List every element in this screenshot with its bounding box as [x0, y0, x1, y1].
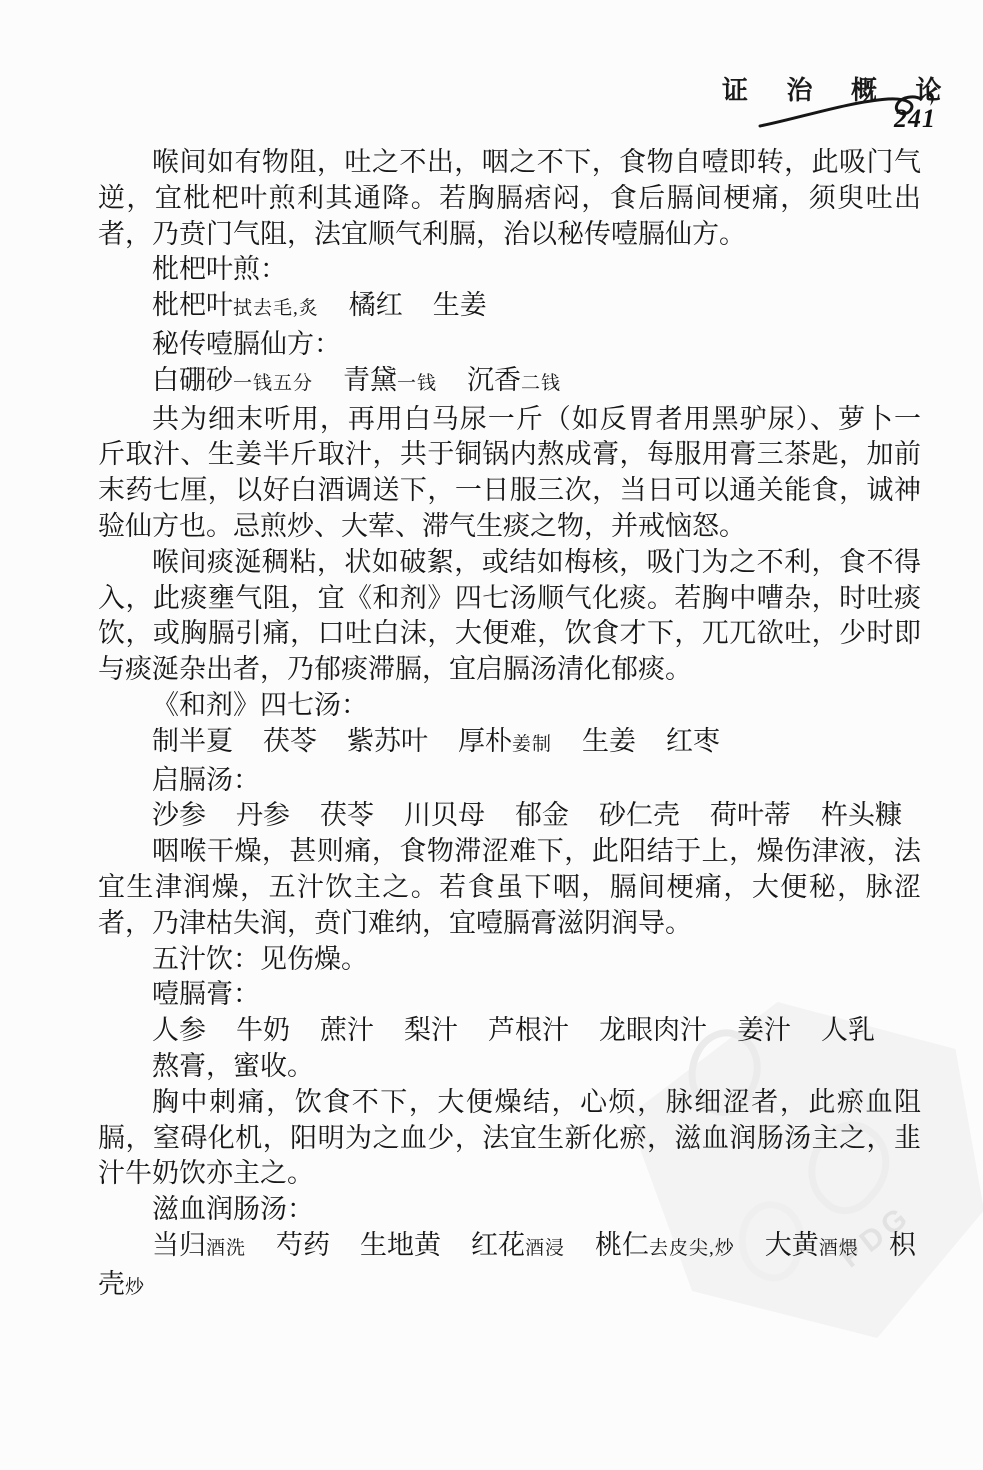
ingredient-name: 厚朴 [458, 726, 512, 756]
ingredient-item: 红花酒浸 [471, 1230, 565, 1260]
ingredient-item: 生姜 [582, 726, 636, 756]
ingredient-item: 白硼砂一钱五分 [152, 365, 313, 395]
ingredient-name: 砂仁壳 [599, 800, 680, 830]
ingredient-name: 制半夏 [152, 726, 233, 756]
ingredient-name: 川贝母 [404, 800, 485, 830]
ingredient-item: 姜汁 [737, 1015, 791, 1045]
line-paste-honey-instruction: 熬膏，蜜收。 [98, 1049, 921, 1085]
ingredient-item: 郁金 [515, 800, 569, 830]
recipe-title-siqi-decoction: 《和剂》四七汤： [98, 688, 921, 724]
ingredient-name: 生地黄 [360, 1230, 441, 1260]
ingredient-name: 生姜 [582, 726, 636, 756]
ingredient-item: 制半夏 [152, 726, 233, 756]
recipe-title-qige-decoction: 启膈汤： [98, 763, 921, 799]
ingredient-line-siqi: 制半夏茯苓紫苏叶厚朴姜制生姜红枣 [98, 724, 921, 763]
ingredient-name: 人乳 [821, 1015, 875, 1045]
ingredient-name: 梨汁 [404, 1015, 458, 1045]
paragraph-throat-qi-reversal: 喉间如有物阻，吐之不出，咽之不下，食物自噎即转，此吸门气逆，宜枇杷叶煎利其通降。… [98, 145, 921, 252]
ingredient-item: 龙眼肉汁 [599, 1015, 707, 1045]
recipe-title-loquat-leaf-decoction: 枇杷叶煎： [98, 252, 921, 288]
page-number: 241 [894, 104, 936, 134]
ingredient-processing-note: 二钱 [521, 373, 561, 394]
paragraph-preparation-method: 共为细末听用，再用白马尿一斤（如反胃者用黑驴尿）、萝卜一斤取汁、生姜半斤取汁，共… [98, 402, 921, 545]
ingredient-processing-note: 炒 [125, 1277, 145, 1298]
ingredient-name: 荷叶蒂 [710, 800, 791, 830]
ingredient-item: 芦根汁 [488, 1015, 569, 1045]
ingredient-item: 青黛一钱 [343, 365, 437, 395]
ingredient-processing-note: 拭去毛,炙 [233, 298, 319, 319]
ingredient-item: 川贝母 [404, 800, 485, 830]
ingredient-item: 沉香二钱 [467, 365, 561, 395]
ingredient-item: 紫苏叶 [347, 726, 428, 756]
recipe-title-yege-paste: 噎膈膏： [98, 977, 921, 1013]
ingredient-item: 大黄酒煨 [765, 1230, 859, 1260]
ingredient-name: 郁金 [515, 800, 569, 830]
ingredient-processing-note: 酒煨 [819, 1238, 859, 1259]
ingredient-line-secret-yege: 白硼砂一钱五分青黛一钱沉香二钱 [98, 363, 921, 402]
ingredient-item: 厚朴姜制 [458, 726, 552, 756]
ingredient-item: 茯苓 [263, 726, 317, 756]
ingredient-name: 芦根汁 [488, 1015, 569, 1045]
ingredient-item: 生地黄 [360, 1230, 441, 1260]
ingredient-name: 生姜 [433, 290, 487, 320]
ingredient-name: 姜汁 [737, 1015, 791, 1045]
ingredient-processing-note: 酒洗 [206, 1238, 246, 1259]
text-column: 喉间如有物阻，吐之不出，咽之不下，食物自噎即转，此吸门气逆，宜枇杷叶煎利其通降。… [98, 145, 921, 1306]
ingredient-name: 红花 [471, 1230, 525, 1260]
ingredient-name: 牛奶 [236, 1015, 290, 1045]
ingredient-item: 枇杷叶拭去毛,炙 [152, 290, 319, 320]
ingredient-name: 红枣 [666, 726, 720, 756]
ingredient-name: 沙参 [152, 800, 206, 830]
ingredient-name: 沉香 [467, 365, 521, 395]
ingredient-processing-note: 去皮尖,炒 [649, 1238, 735, 1259]
ingredient-item: 红枣 [666, 726, 720, 756]
ingredient-item: 茯苓 [320, 800, 374, 830]
ingredient-name: 人参 [152, 1015, 206, 1045]
ingredient-name: 当归 [152, 1230, 206, 1260]
ingredient-name: 茯苓 [320, 800, 374, 830]
ingredient-processing-note: 酒浸 [525, 1238, 565, 1259]
ingredient-processing-note: 一钱 [397, 373, 437, 394]
ingredient-item: 生姜 [433, 290, 487, 320]
ingredient-name: 紫苏叶 [347, 726, 428, 756]
ingredient-name: 杵头糠 [821, 800, 902, 830]
ingredient-name: 茯苓 [263, 726, 317, 756]
ingredient-item: 荷叶蒂 [710, 800, 791, 830]
ingredient-line-zixue-runchang: 当归酒洗芍药生地黄红花酒浸桃仁去皮尖,炒大黄酒煨枳壳炒 [98, 1228, 921, 1306]
paragraph-phlegm-obstruction: 喉间痰涎稠粘，状如破絮，或结如梅核，吸门为之不利，食不得入，此痰壅气阻，宜《和剂… [98, 545, 921, 688]
recipe-title-zixue-runchang-decoction: 滋血润肠汤： [98, 1192, 921, 1228]
ingredient-item: 人乳 [821, 1015, 875, 1045]
ingredient-name: 大黄 [765, 1230, 819, 1260]
ingredient-item: 人参 [152, 1015, 206, 1045]
ingredient-name: 青黛 [343, 365, 397, 395]
ingredient-item: 梨汁 [404, 1015, 458, 1045]
ingredient-processing-note: 一钱五分 [233, 373, 313, 394]
ingredient-line-qige: 沙参丹参茯苓川贝母郁金砂仁壳荷叶蒂杵头糠 [98, 798, 921, 834]
ingredient-item: 杵头糠 [821, 800, 902, 830]
line-five-juice-drink-reference: 五汁饮：见伤燥。 [98, 942, 921, 978]
ingredient-name: 枇杷叶 [152, 290, 233, 320]
paragraph-blood-stasis: 胸中刺痛，饮食不下，大便燥结，心烦，脉细涩者，此瘀血阻膈，窒碍化机，阳明为之血少… [98, 1085, 921, 1192]
ingredient-item: 芍药 [276, 1230, 330, 1260]
ingredient-item: 丹参 [236, 800, 290, 830]
ingredient-item: 橘红 [349, 290, 403, 320]
scanned-book-page: PDG 证 治 概 论 241 喉间如有物阻，吐之不出，咽之不下，食物自噎即转，… [0, 0, 983, 1470]
ingredient-item: 沙参 [152, 800, 206, 830]
ingredient-name: 橘红 [349, 290, 403, 320]
ingredient-name: 龙眼肉汁 [599, 1015, 707, 1045]
paragraph-dryness-injury: 咽喉干燥，甚则痛，食物滞涩难下，此阳结于上，燥伤津液，法宜生津润燥，五汁饮主之。… [98, 834, 921, 941]
ingredient-processing-note: 姜制 [512, 734, 552, 755]
ingredient-line-loquat-leaf: 枇杷叶拭去毛,炙橘红生姜 [98, 288, 921, 327]
ingredient-name: 丹参 [236, 800, 290, 830]
ingredient-item: 桃仁去皮尖,炒 [595, 1230, 735, 1260]
ingredient-name: 芍药 [276, 1230, 330, 1260]
ingredient-item: 蔗汁 [320, 1015, 374, 1045]
recipe-title-secret-yege-formula: 秘传噎膈仙方： [98, 327, 921, 363]
ingredient-name: 蔗汁 [320, 1015, 374, 1045]
ingredient-item: 牛奶 [236, 1015, 290, 1045]
ingredient-item: 砂仁壳 [599, 800, 680, 830]
ingredient-line-yege-paste: 人参牛奶蔗汁梨汁芦根汁龙眼肉汁姜汁人乳 [98, 1013, 921, 1049]
ingredient-name: 白硼砂 [152, 365, 233, 395]
ingredient-name: 桃仁 [595, 1230, 649, 1260]
ingredient-item: 当归酒洗 [152, 1230, 246, 1260]
